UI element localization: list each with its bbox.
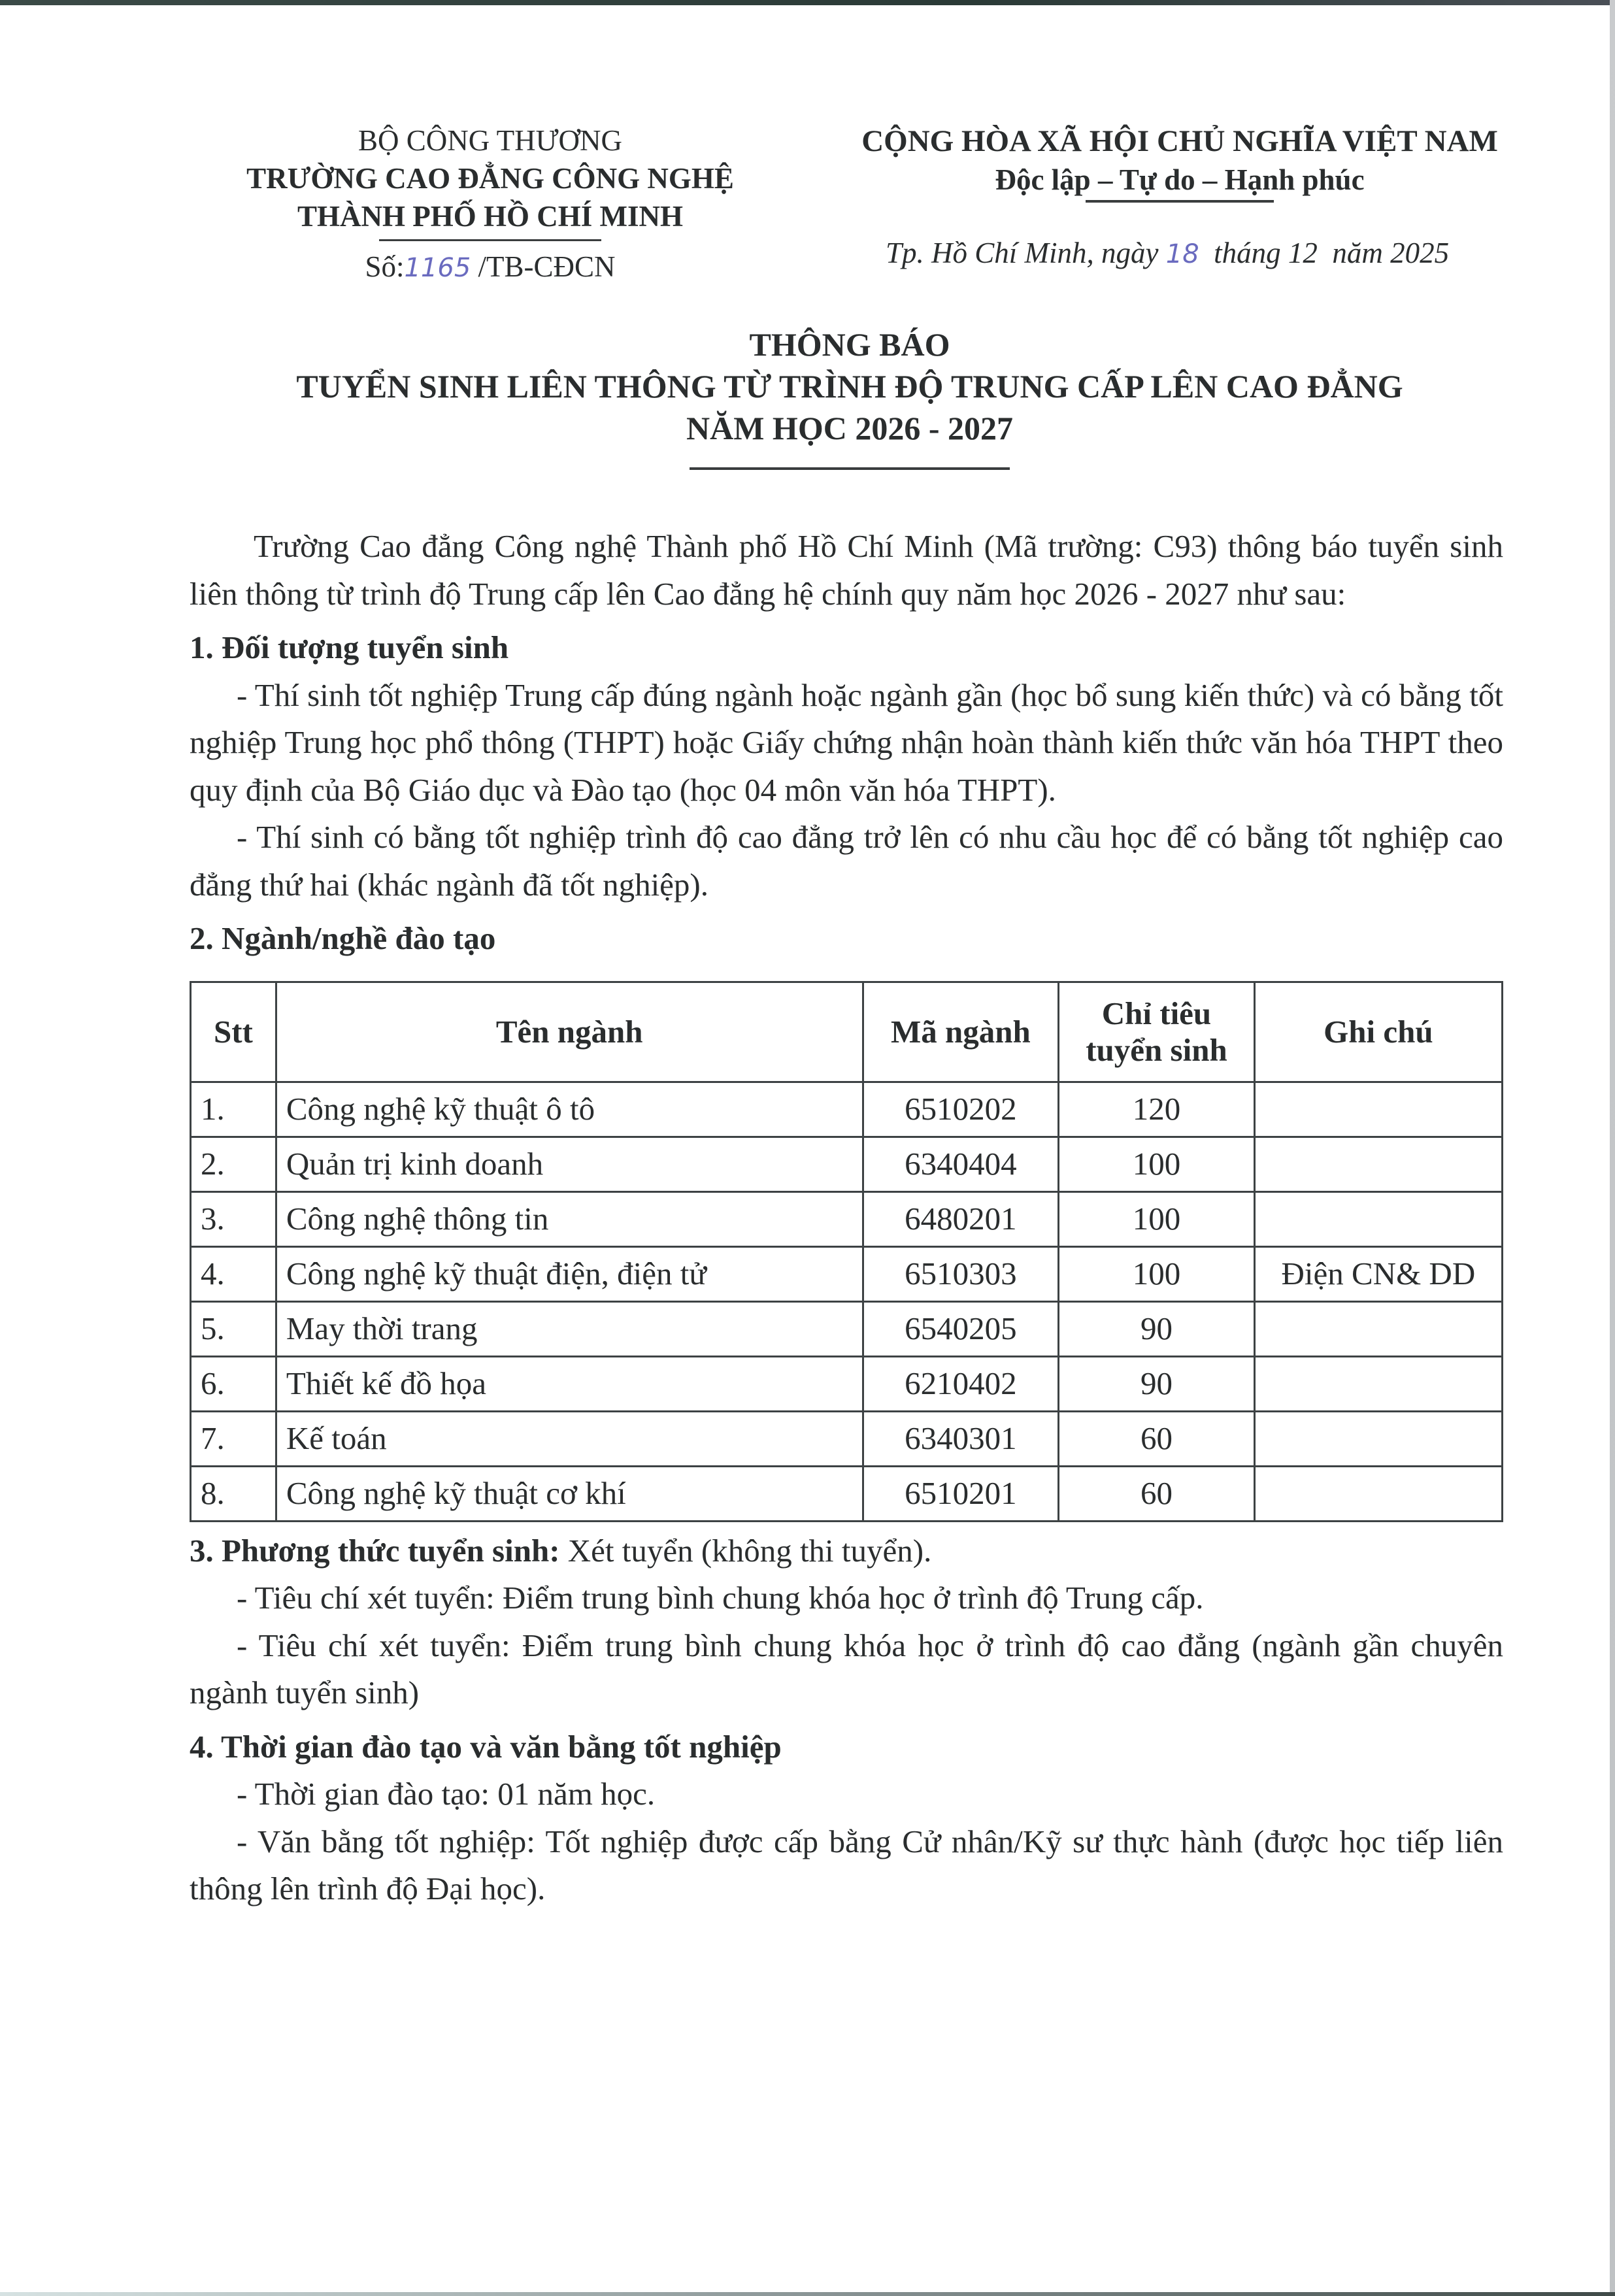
title-line3: NĂM HỌC 2026 - 2027	[163, 407, 1536, 449]
header-quota: Chỉ tiêu tuyển sinh	[1059, 982, 1255, 1082]
section3-item: - Tiêu chí xét tuyển: Điểm trung bình ch…	[190, 1574, 1503, 1622]
title-line1: THÔNG BÁO	[163, 324, 1536, 365]
cell-stt: 6.	[191, 1356, 276, 1411]
section3-heading: 3. Phương thức tuyển sinh: Xét tuyển (kh…	[190, 1527, 1503, 1575]
scan-edge-top	[0, 0, 1615, 5]
cell-note: Điện CN& DD	[1254, 1246, 1502, 1301]
section1-heading: 1. Đối tượng tuyển sinh	[190, 624, 1503, 672]
header-stt: Stt	[191, 982, 276, 1082]
section1-item: - Thí sinh có bằng tốt nghiệp trình độ c…	[190, 814, 1503, 908]
cell-quota: 100	[1059, 1246, 1255, 1301]
section3-heading-value: Xét tuyển (không thi tuyển).	[560, 1533, 932, 1569]
cell-note	[1254, 1411, 1502, 1466]
section1-item: - Thí sinh tốt nghiệp Trung cấp đúng ngà…	[190, 672, 1503, 814]
cell-stt: 2.	[191, 1137, 276, 1191]
cell-stt: 8.	[191, 1466, 276, 1521]
scan-edge-right	[1610, 0, 1615, 2296]
cell-stt: 3.	[191, 1191, 276, 1246]
cell-name: Công nghệ kỹ thuật ô tô	[276, 1082, 863, 1137]
section4-item: - Văn bằng tốt nghiệp: Tốt nghiệp được c…	[190, 1818, 1503, 1913]
table-row: 2.Quản trị kinh doanh6340404100	[191, 1137, 1503, 1191]
header-name: Tên ngành	[276, 982, 863, 1082]
doc-no-suffix: /TB-CĐCN	[471, 250, 615, 283]
cell-name: Quản trị kinh doanh	[276, 1137, 863, 1191]
date-day-handwritten: 18	[1166, 239, 1199, 269]
table-row: 8.Công nghệ kỹ thuật cơ khí651020160	[191, 1466, 1503, 1521]
cell-name: Công nghệ kỹ thuật cơ khí	[276, 1466, 863, 1521]
section3-item: - Tiêu chí xét tuyển: Điểm trung bình ch…	[190, 1622, 1503, 1717]
cell-stt: 1.	[191, 1082, 276, 1137]
doc-no-handwritten: 1165	[404, 253, 471, 283]
header-code: Mã ngành	[863, 982, 1059, 1082]
section3-heading-label: 3. Phương thức tuyển sinh:	[190, 1533, 560, 1569]
cell-code: 6510201	[863, 1466, 1059, 1521]
cell-code: 6340301	[863, 1411, 1059, 1466]
table-row: 3.Công nghệ thông tin6480201100	[191, 1191, 1503, 1246]
national-header-block: CỘNG HÒA XÃ HỘI CHỦ NGHĨA VIỆT NAM Độc l…	[820, 122, 1539, 203]
divider	[690, 467, 1010, 470]
cell-name: Công nghệ thông tin	[276, 1191, 863, 1246]
divider	[1086, 200, 1274, 203]
cell-name: Kế toán	[276, 1411, 863, 1466]
date-line: Tp. Hồ Chí Minh, ngày 18 tháng 12 năm 20…	[886, 234, 1539, 273]
scan-edge-bottom	[0, 2292, 1615, 2296]
table-row: 1.Công nghệ kỹ thuật ô tô6510202120	[191, 1082, 1503, 1137]
cell-note	[1254, 1082, 1502, 1137]
divider	[379, 239, 601, 241]
ministry-name: BỘ CÔNG THƯƠNG	[196, 122, 784, 159]
section4-item: - Thời gian đào tạo: 01 năm học.	[190, 1771, 1503, 1818]
school-name-line1: TRƯỜNG CAO ĐẲNG CÔNG NGHỆ	[196, 159, 784, 197]
date-suffix: tháng 12 năm 2025	[1199, 237, 1450, 269]
cell-quota: 100	[1059, 1137, 1255, 1191]
cell-stt: 7.	[191, 1411, 276, 1466]
cell-code: 6540205	[863, 1301, 1059, 1356]
cell-name: Công nghệ kỹ thuật điện, điện tử	[276, 1246, 863, 1301]
cell-note	[1254, 1137, 1502, 1191]
table-row: 4.Công nghệ kỹ thuật điện, điện tử651030…	[191, 1246, 1503, 1301]
cell-code: 6340404	[863, 1137, 1059, 1191]
table-row: 6.Thiết kế đồ họa621040290	[191, 1356, 1503, 1411]
nation-name: CỘNG HÒA XÃ HỘI CHỦ NGHĨA VIỆT NAM	[820, 122, 1539, 161]
cell-note	[1254, 1356, 1502, 1411]
cell-quota: 90	[1059, 1356, 1255, 1411]
table-row: 5.May thời trang654020590	[191, 1301, 1503, 1356]
section2-heading: 2. Ngành/nghề đào tạo	[190, 915, 1503, 963]
intro-paragraph: Trường Cao đẳng Công nghệ Thành phố Hồ C…	[190, 523, 1503, 618]
cell-note	[1254, 1466, 1502, 1521]
cell-name: Thiết kế đồ họa	[276, 1356, 863, 1411]
document-title: THÔNG BÁO TUYỂN SINH LIÊN THÔNG TỪ TRÌNH…	[163, 324, 1536, 470]
cell-stt: 4.	[191, 1246, 276, 1301]
cell-note	[1254, 1301, 1502, 1356]
table-header-row: Stt Tên ngành Mã ngành Chỉ tiêu tuyển si…	[191, 982, 1503, 1082]
document-body: Trường Cao đẳng Công nghệ Thành phố Hồ C…	[190, 523, 1503, 1913]
cell-name: May thời trang	[276, 1301, 863, 1356]
cell-code: 6510303	[863, 1246, 1059, 1301]
cell-code: 6510202	[863, 1082, 1059, 1137]
section4-heading: 4. Thời gian đào tạo và văn bằng tốt ngh…	[190, 1723, 1503, 1771]
cell-note	[1254, 1191, 1502, 1246]
cell-code: 6210402	[863, 1356, 1059, 1411]
cell-quota: 60	[1059, 1466, 1255, 1521]
header-note: Ghi chú	[1254, 982, 1502, 1082]
cell-stt: 5.	[191, 1301, 276, 1356]
national-motto: Độc lập – Tự do – Hạnh phúc	[820, 161, 1539, 199]
doc-no-prefix: Số:	[365, 250, 404, 283]
cell-quota: 100	[1059, 1191, 1255, 1246]
title-line2: TUYỂN SINH LIÊN THÔNG TỪ TRÌNH ĐỘ TRUNG …	[163, 365, 1536, 407]
table-row: 7.Kế toán634030160	[191, 1411, 1503, 1466]
issuing-agency-block: BỘ CÔNG THƯƠNG TRƯỜNG CAO ĐẲNG CÔNG NGHỆ…	[196, 122, 784, 287]
document-number: Số:1165 /TB-CĐCN	[196, 248, 784, 287]
cell-quota: 120	[1059, 1082, 1255, 1137]
cell-quota: 90	[1059, 1301, 1255, 1356]
date-prefix: Tp. Hồ Chí Minh, ngày	[886, 237, 1166, 269]
school-name-line2: THÀNH PHỐ HỒ CHÍ MINH	[196, 197, 784, 235]
cell-quota: 60	[1059, 1411, 1255, 1466]
cell-code: 6480201	[863, 1191, 1059, 1246]
majors-table: Stt Tên ngành Mã ngành Chỉ tiêu tuyển si…	[190, 981, 1503, 1522]
